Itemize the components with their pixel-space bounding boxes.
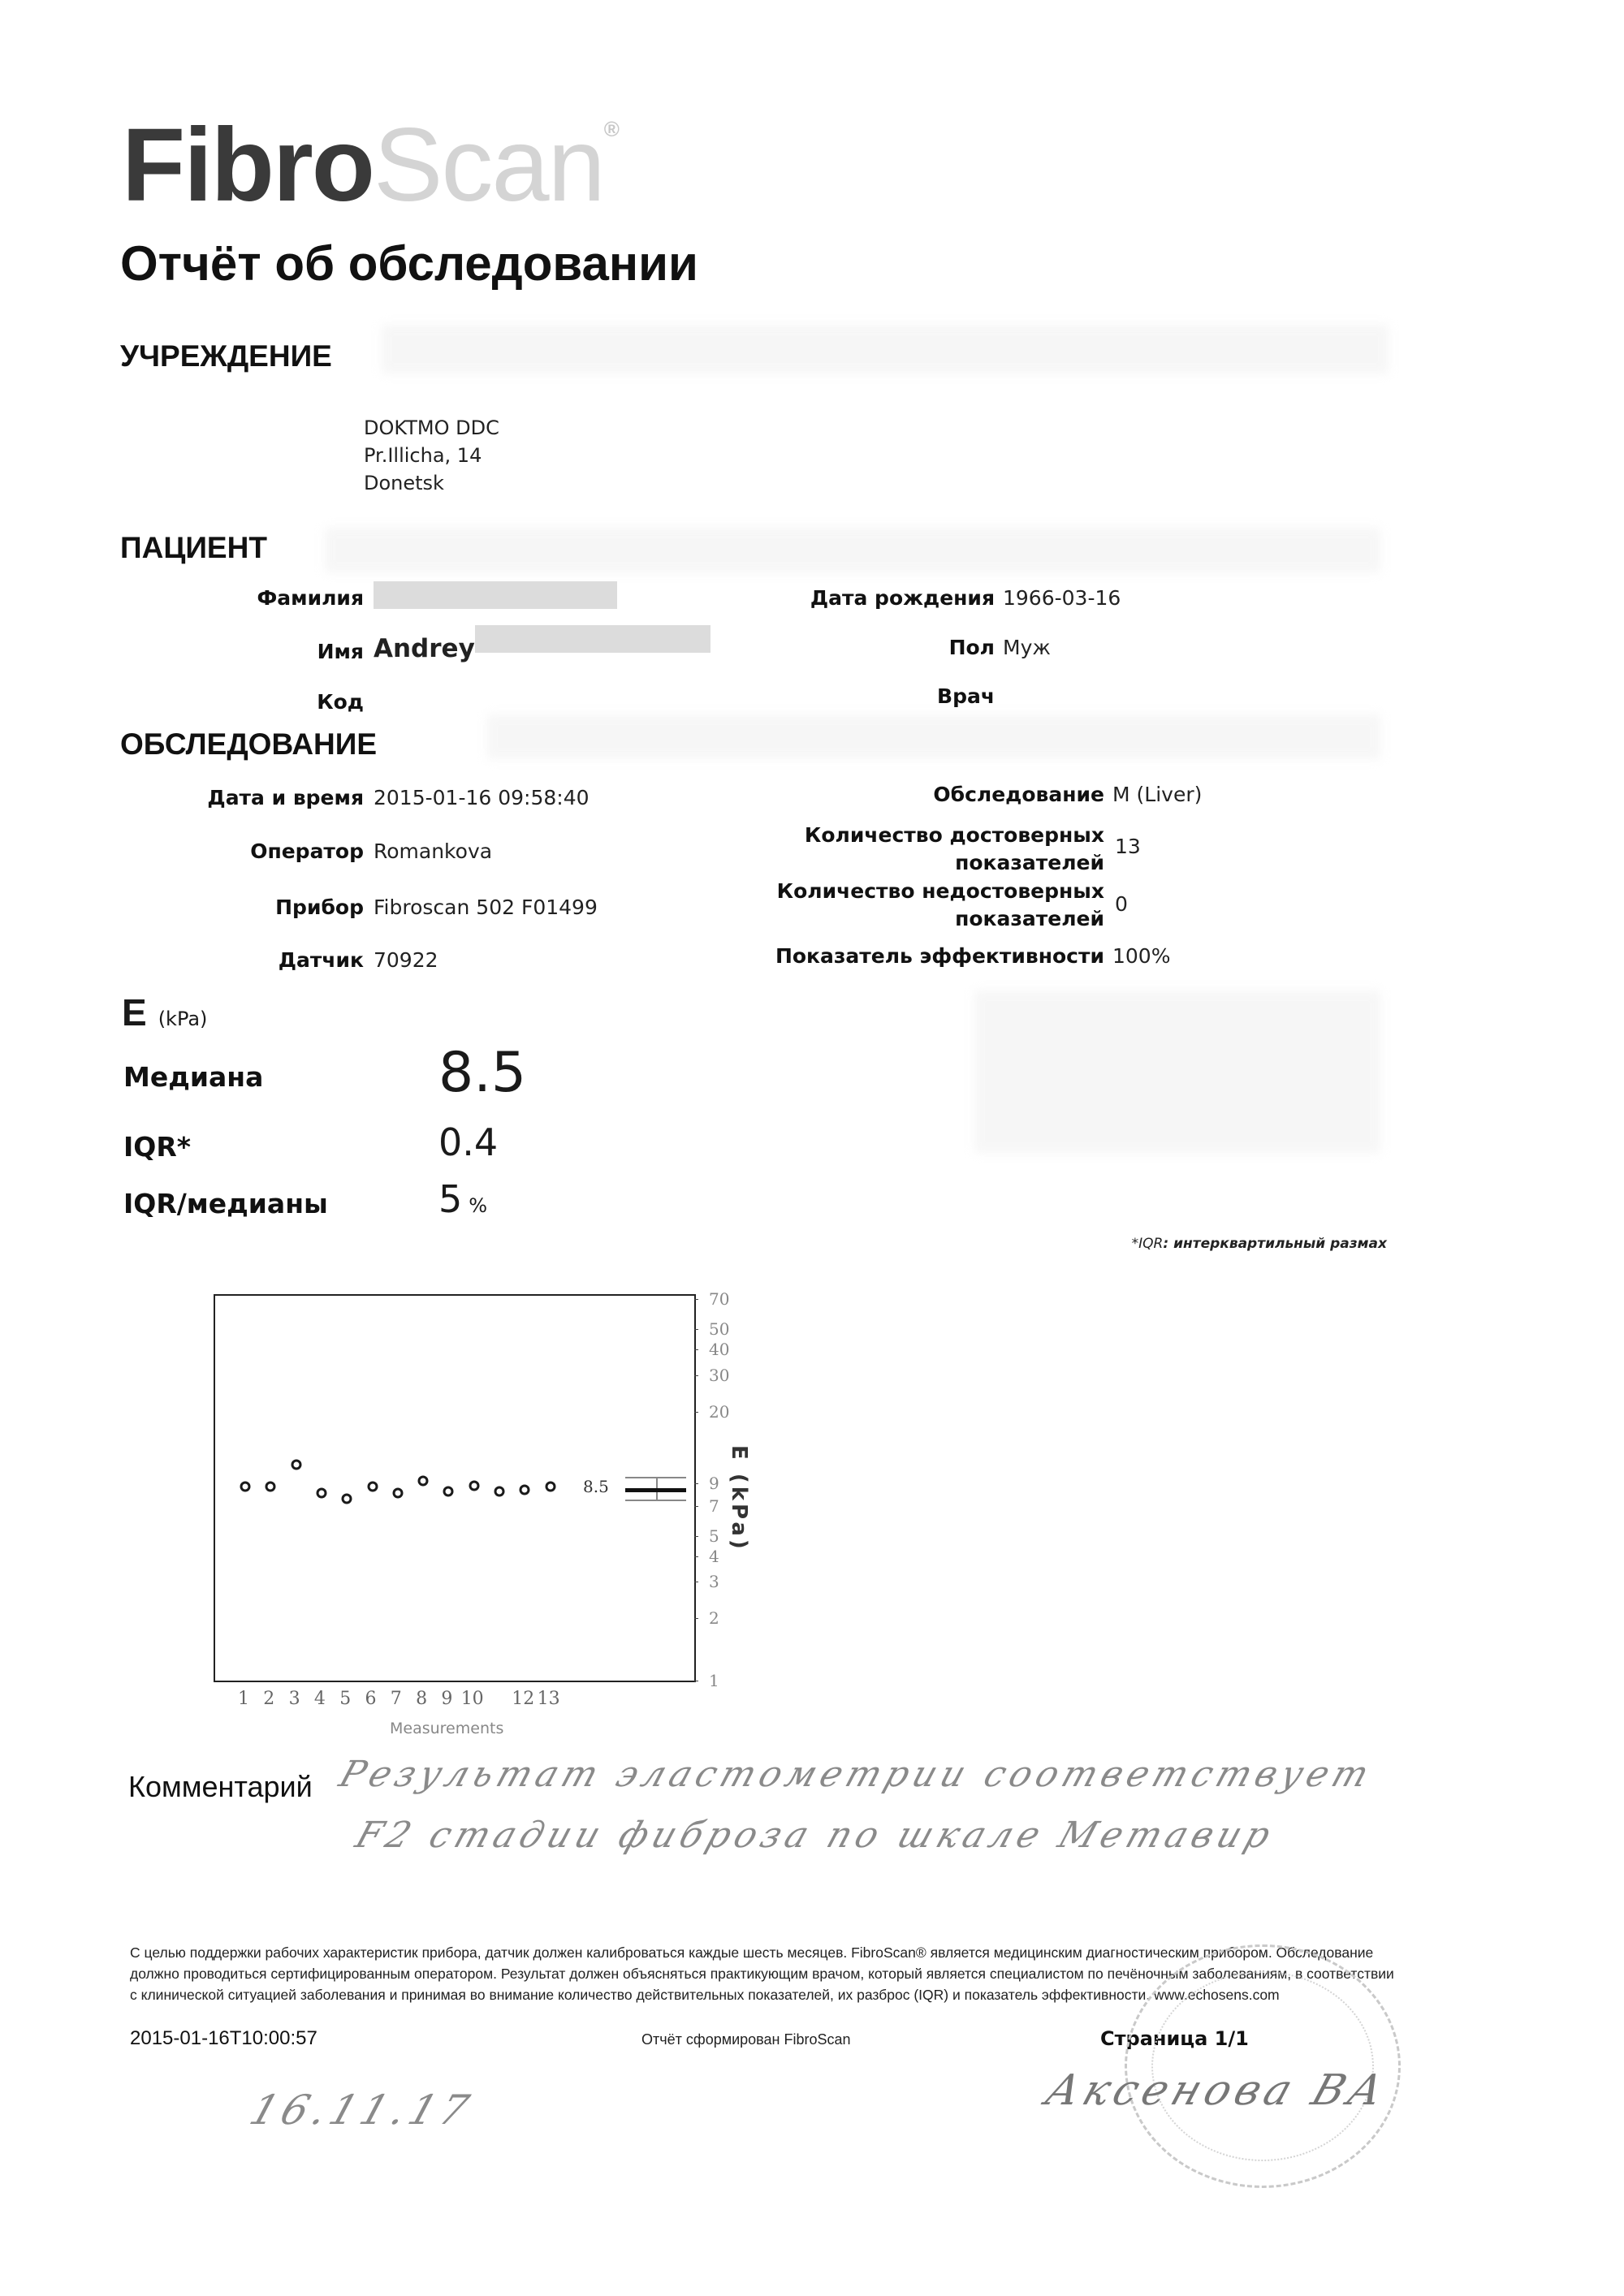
success-rate-label: Показатель эффективности bbox=[775, 944, 1104, 968]
exam-type-label: Обследование bbox=[933, 783, 1104, 806]
exam-type-value: M (Liver) bbox=[1112, 783, 1202, 806]
device-value: Fibroscan 502 F01499 bbox=[374, 896, 598, 919]
doctor-signature: Аксенова ВА bbox=[1039, 2066, 1394, 2115]
name-value: Andrey bbox=[374, 634, 475, 663]
stiffness-symbol: E bbox=[122, 991, 147, 1034]
iqr-label: IQR* bbox=[123, 1131, 191, 1163]
patient-heading: ПАЦИЕНТ bbox=[120, 531, 267, 565]
institution-city: Donetsk bbox=[364, 469, 499, 497]
valid-measurements-value: 13 bbox=[1115, 835, 1141, 858]
y-tick: 40 bbox=[698, 1340, 729, 1359]
probe-label: Датчик bbox=[279, 948, 364, 972]
x-tick: 2 bbox=[263, 1689, 274, 1709]
sex-value: Муж bbox=[1003, 636, 1051, 659]
page-title: Отчёт об обследовании bbox=[120, 235, 698, 291]
footnote-prefix: *IQR bbox=[1132, 1236, 1164, 1252]
y-tick: 5 bbox=[698, 1526, 719, 1546]
y-tick: 50 bbox=[698, 1319, 729, 1339]
operator-label: Оператор bbox=[250, 839, 364, 863]
generated-by: Отчёт сформирован FibroScan bbox=[641, 2031, 851, 2048]
valid-label-line1: Количество достоверных bbox=[805, 822, 1104, 849]
exam-heading: ОБСЛЕДОВАНИЕ bbox=[120, 727, 377, 762]
iqr-median-value: 5% bbox=[438, 1177, 487, 1221]
x-tick: 6 bbox=[365, 1689, 377, 1709]
stiffness-chart: 8.5 bbox=[214, 1294, 696, 1682]
institution-name: DOKTMO DDC bbox=[364, 414, 499, 442]
data-point bbox=[520, 1485, 530, 1495]
x-tick: 1 bbox=[238, 1689, 249, 1709]
data-point bbox=[392, 1488, 403, 1499]
y-axis-label: E (kPa) bbox=[727, 1445, 751, 1552]
name-redacted bbox=[475, 625, 710, 653]
data-point bbox=[266, 1482, 276, 1492]
iqr-median-unit: % bbox=[469, 1194, 487, 1217]
stiffness-heading: E(kPa) bbox=[122, 990, 207, 1034]
datetime-label: Дата и время bbox=[207, 786, 364, 809]
data-point bbox=[418, 1476, 429, 1487]
median-value: 8.5 bbox=[438, 1041, 526, 1105]
data-point bbox=[342, 1494, 352, 1504]
median-bar bbox=[625, 1488, 686, 1492]
data-point bbox=[316, 1488, 326, 1499]
iqr-median-label: IQR/медианы bbox=[123, 1188, 328, 1219]
y-tick: 2 bbox=[698, 1608, 719, 1628]
x-tick: 5 bbox=[339, 1689, 351, 1709]
comment-label: Комментарий bbox=[128, 1770, 313, 1804]
registered-mark: ® bbox=[604, 117, 618, 141]
handwritten-comment-line2: F2 стадии фиброза по шкале Метавир bbox=[351, 1815, 1281, 1856]
surname-redacted bbox=[374, 581, 617, 609]
iqr-lower-bar bbox=[625, 1500, 686, 1501]
iqr-median-number: 5 bbox=[438, 1177, 462, 1221]
data-point bbox=[469, 1481, 479, 1491]
y-tick: 30 bbox=[698, 1366, 729, 1385]
iqr-value: 0.4 bbox=[438, 1120, 498, 1164]
valid-label-line2: показателей bbox=[805, 849, 1104, 877]
dob-value: 1966-03-16 bbox=[1003, 586, 1121, 610]
name-label: Имя bbox=[317, 640, 364, 663]
y-tick: 1 bbox=[698, 1671, 719, 1690]
median-label: 8.5 bbox=[583, 1477, 609, 1496]
footnote-text: : интерквартильный размах bbox=[1163, 1236, 1387, 1252]
institution-heading: УЧРЕЖДЕНИЕ bbox=[120, 339, 332, 373]
y-tick: 70 bbox=[698, 1289, 729, 1309]
x-tick: 10 bbox=[461, 1689, 484, 1709]
y-tick: 20 bbox=[698, 1402, 729, 1422]
x-tick: 7 bbox=[391, 1689, 402, 1709]
y-tick: 4 bbox=[698, 1547, 719, 1566]
x-axis-label: Measurements bbox=[390, 1720, 503, 1737]
sex-label: Пол bbox=[949, 636, 995, 659]
invalid-label-line1: Количество недостоверных bbox=[777, 878, 1104, 905]
stiffness-unit: (kPa) bbox=[158, 1008, 208, 1030]
x-tick: 13 bbox=[538, 1689, 560, 1709]
median-label: Медиана bbox=[123, 1061, 263, 1093]
x-tick: 9 bbox=[441, 1689, 452, 1709]
surname-label: Фамилия bbox=[257, 586, 365, 610]
dob-label: Дата рождения bbox=[810, 586, 995, 610]
handwritten-date: 16.11.17 bbox=[244, 2087, 480, 2134]
x-tick: 3 bbox=[289, 1689, 300, 1709]
y-tick: 3 bbox=[698, 1572, 719, 1591]
x-tick: 4 bbox=[314, 1689, 326, 1709]
invalid-label-line2: показателей bbox=[777, 905, 1104, 933]
data-point bbox=[495, 1486, 505, 1496]
doctor-label: Врач bbox=[937, 684, 995, 708]
probe-value: 70922 bbox=[374, 948, 438, 972]
x-tick: 8 bbox=[416, 1689, 427, 1709]
scan-artifact bbox=[974, 990, 1380, 1153]
fibroscan-logo: FibroScan® bbox=[122, 114, 618, 218]
invalid-measurements-label: Количество недостоверных показателей bbox=[777, 878, 1104, 933]
data-point bbox=[240, 1482, 251, 1492]
valid-measurements-label: Количество достоверных показателей bbox=[805, 822, 1104, 877]
logo-scan: Scan bbox=[374, 107, 604, 223]
handwritten-comment-line1: Результат эластометрии соответствует bbox=[335, 1754, 1379, 1795]
institution-address: DOKTMO DDC Pr.Illicha, 14 Donetsk bbox=[364, 414, 499, 497]
y-tick: 9 bbox=[698, 1474, 719, 1493]
x-tick: 12 bbox=[512, 1689, 534, 1709]
report-timestamp: 2015-01-16T10:00:57 bbox=[130, 2027, 317, 2050]
logo-fibro: Fibro bbox=[122, 107, 374, 223]
scan-artifact bbox=[325, 528, 1380, 572]
y-tick: 7 bbox=[698, 1496, 719, 1516]
operator-value: Romankova bbox=[374, 839, 492, 863]
success-rate-value: 100% bbox=[1112, 944, 1170, 968]
code-label: Код bbox=[317, 690, 364, 714]
scan-artifact bbox=[382, 325, 1389, 373]
data-point bbox=[291, 1459, 301, 1470]
invalid-measurements-value: 0 bbox=[1115, 892, 1128, 916]
scan-artifact bbox=[487, 714, 1380, 759]
data-point bbox=[443, 1486, 454, 1496]
data-point bbox=[545, 1482, 555, 1492]
data-point bbox=[367, 1482, 378, 1492]
device-label: Прибор bbox=[275, 896, 364, 919]
iqr-footnote: *IQR: интерквартильный размах bbox=[1132, 1236, 1387, 1252]
institution-street: Pr.Illicha, 14 bbox=[364, 442, 499, 469]
datetime-value: 2015-01-16 09:58:40 bbox=[374, 786, 590, 809]
